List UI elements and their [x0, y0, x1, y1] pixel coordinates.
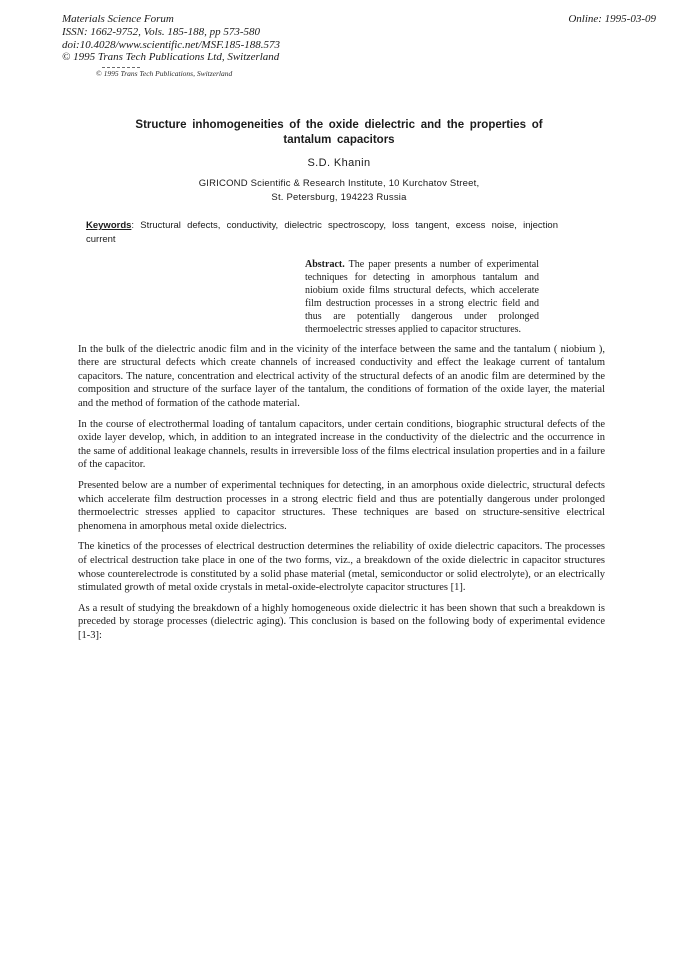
- affiliation-line-1: GIRICOND Scientific & Research Institute…: [0, 177, 678, 191]
- scanned-paper-page: Materials Science Forum ISSN: 1662-9752,…: [0, 0, 678, 959]
- keywords-paragraph: Keywords: Structural defects, conductivi…: [86, 219, 558, 246]
- publisher-stamp: © 1995 Trans Tech Publications, Switzerl…: [96, 67, 678, 78]
- paper-title: Structure inhomogeneities of the oxide d…: [119, 118, 559, 147]
- abstract-block: Abstract. The paper presents a number of…: [305, 259, 539, 336]
- stamp-text: © 1995 Trans Tech Publications, Switzerl…: [96, 69, 678, 78]
- body-paragraph: As a result of studying the breakdown of…: [78, 602, 605, 643]
- body-paragraph: In the bulk of the dielectric anodic fil…: [78, 343, 605, 411]
- journal-issn-line: ISSN: 1662-9752, Vols. 185-188, pp 573-5…: [62, 26, 280, 39]
- affiliation-line-2: St. Petersburg, 194223 Russia: [0, 191, 678, 205]
- abstract-text: The paper presents a number of experimen…: [305, 259, 539, 335]
- journal-name: Materials Science Forum: [62, 13, 280, 26]
- keywords-text: : Structural defects, conductivity, diel…: [86, 220, 558, 245]
- online-date: Online: 1995-03-09: [568, 13, 656, 26]
- body-paragraph: In the course of electrothermal loading …: [78, 418, 605, 472]
- journal-info-block: Materials Science Forum ISSN: 1662-9752,…: [62, 13, 280, 64]
- journal-copyright-line: © 1995 Trans Tech Publications Ltd, Swit…: [62, 51, 280, 64]
- stamp-dashed-line: [102, 67, 140, 68]
- keywords-label: Keywords: [86, 220, 131, 231]
- abstract-label: Abstract.: [305, 259, 345, 270]
- body-paragraph: Presented below are a number of experime…: [78, 479, 605, 533]
- author-name: S.D. Khanin: [0, 157, 678, 169]
- body-paragraph: The kinetics of the processes of electri…: [78, 540, 605, 594]
- journal-header: Materials Science Forum ISSN: 1662-9752,…: [0, 0, 678, 64]
- journal-doi-line: doi:10.4028/www.scientific.net/MSF.185-1…: [62, 39, 280, 52]
- author-affiliation: GIRICOND Scientific & Research Institute…: [0, 177, 678, 204]
